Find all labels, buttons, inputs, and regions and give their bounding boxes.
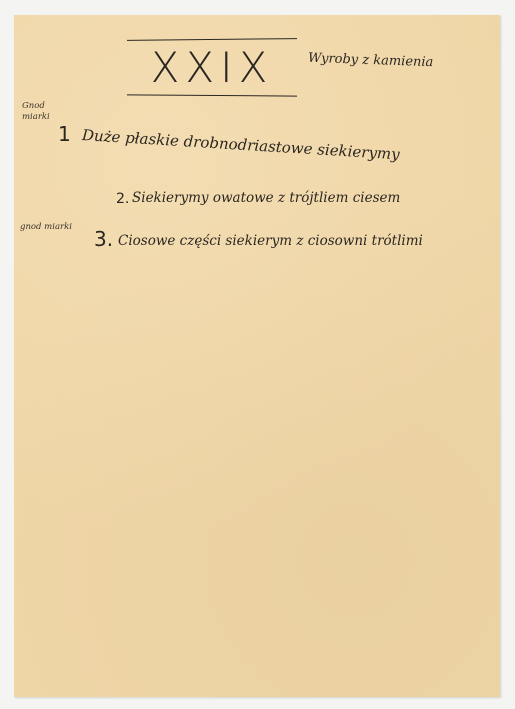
- title-block: XXIX: [127, 37, 297, 99]
- scanned-page: XXIX Wyroby z kamienia Gnod miarki 1 Duż…: [0, 0, 515, 709]
- item-text-1: Duże płaskie drobnodriastowe siekierymy: [81, 126, 400, 163]
- item-number-3: 3.: [94, 227, 113, 251]
- roman-numeral-title: XXIX: [127, 45, 297, 91]
- item-number-1: 1: [58, 122, 71, 146]
- margin-note-line: Gnod: [22, 101, 50, 112]
- title-rule-bottom: [127, 94, 297, 96]
- margin-note-item-3: gnod miarki: [20, 222, 72, 233]
- bleed-through-mark: [106, 555, 286, 595]
- subtitle: Wyroby z kamienia: [308, 51, 434, 70]
- item-number-2: 2.: [116, 191, 129, 207]
- paper-sheet: XXIX Wyroby z kamienia Gnod miarki 1 Duż…: [14, 15, 500, 697]
- margin-note-item-1: Gnod miarki: [22, 101, 50, 123]
- margin-note-line: miarki: [22, 112, 50, 123]
- item-text-2: Siekierymy owatowe z trójtliem ciesem: [132, 190, 400, 206]
- item-text-3: Ciosowe części siekierym z ciosowni trót…: [118, 233, 423, 249]
- title-rule-top: [127, 38, 297, 41]
